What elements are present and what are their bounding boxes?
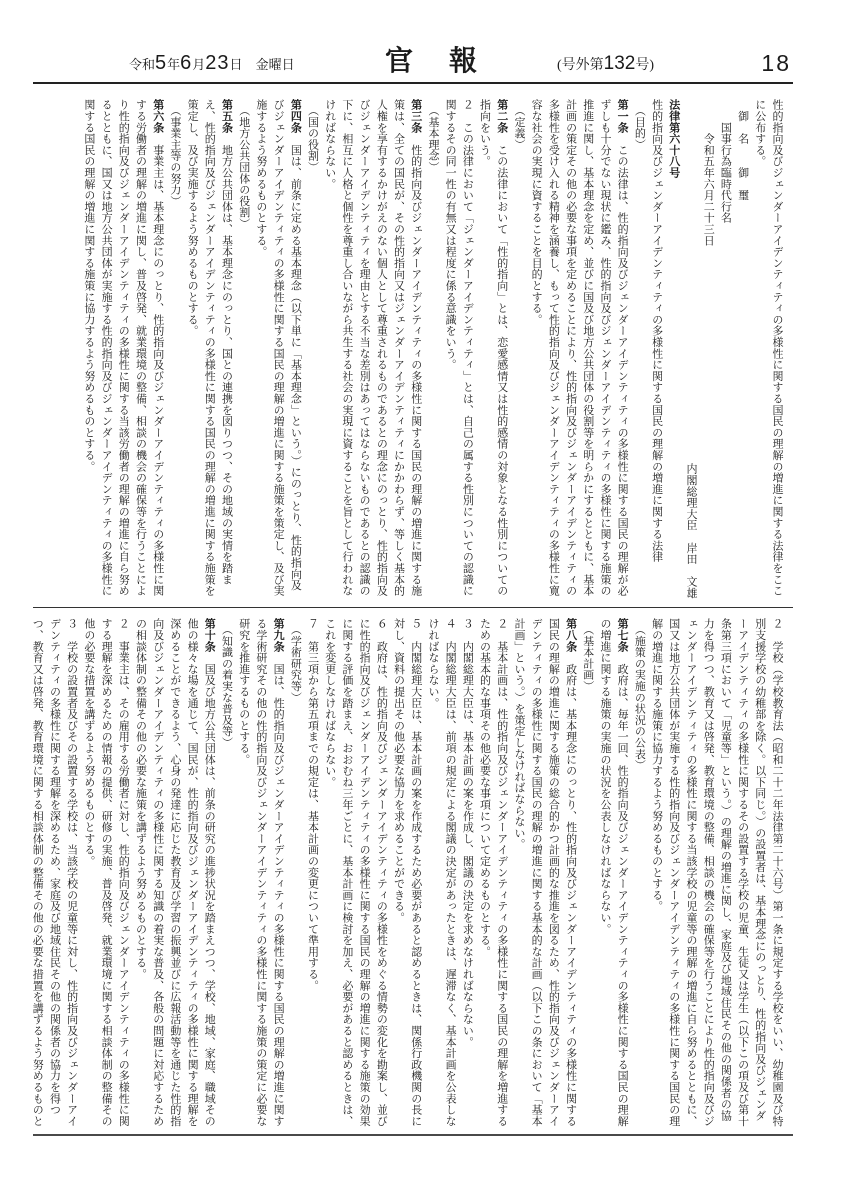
article-8-paragraph-1: 第八条 政府は、基本理念にのっとり、性的指向及びジェンダーアイデンティティの多様… [510,618,579,1131]
masthead-char-kan: 官 [385,39,413,79]
article-number-label: 第五条 [221,99,233,133]
article-8-paragraph-7: ７ 第三項から第五項までの規定は、基本計画の変更について準用する。 [303,618,320,1131]
article-number-label: 第七条 [616,618,628,652]
article-number-label: 第六条 [152,99,164,133]
band-divider-rule [33,607,793,608]
gazette-page: 令和5年6月23日金曜日 官 報 (号外第132号) 18 性的指向及びジェンダ… [0,0,848,1200]
article-6-paragraph-2: ２ 学校（学校教育法（昭和二十二年法律第二十六号）第一条に規定する学校をいい、幼… [647,618,785,1131]
article-number-label: 第九条 [272,618,284,652]
heading-academic-research: （学術研究等） [286,618,303,1131]
promulgation-sentence: 性的指向及びジェンダーアイデンティティの多様性に関する国民の理解の増進に関する法… [751,99,785,599]
article-8-paragraph-5: ５ 内閣総理大臣は、基本計画の案を作成するため必要があると認めるときは、関係行政… [389,618,423,1131]
gazette-sheet: 令和5年6月23日金曜日 官 報 (号外第132号) 18 性的指向及びジェンダ… [33,0,793,1136]
heading-basic-principles: （基本理念） [424,99,441,599]
date-weekday: 金曜日 [256,57,295,72]
law-text-lower-band: ２ 学校（学校教育法（昭和二十二年法律第二十六号）第一条に規定する学校をいい、幼… [33,618,793,1131]
article-1: 第一条 この法律は、性的指向及びジェンダーアイデンティティの多様性に関する国民の… [527,99,630,599]
issue-date: 令和5年6月23日金曜日 [129,52,295,75]
acting-official-line: 国事行為臨時代行名 [716,99,733,599]
article-6-paragraph-1: 第六条 事業主は、基本理念にのっとり、性的指向及びジェンダーアイデンティティの多… [80,99,166,599]
heading-steady-dissemination-of-knowledge: （知識の着実な普及等） [217,618,234,1131]
article-7: 第七条 政府は、毎年一回、性的指向及びジェンダーアイデンティティの多様性に関する… [596,618,630,1131]
page-header: 令和5年6月23日金曜日 官 報 (号外第132号) 18 [33,0,793,84]
issue-digits: 132 [604,53,636,74]
date-day: 23 [205,52,229,74]
law-number: 法律第六十八号 [665,99,682,599]
heading-efforts-of-employers: （事業主等の努力） [166,99,183,599]
heading-publication-of-implementation: （施策の実施の状況の公表） [630,618,647,1131]
article-2-paragraph-1: 第二条 この法律において「性的指向」とは、恋愛感情又は性的感情の対象となる性別に… [475,99,509,599]
article-number-label: 第四条 [289,99,301,133]
article-10-paragraph-2: ２ 事業主は、その雇用する労働者に対し、性的指向及びジェンダーアイデンティティの… [80,618,132,1131]
law-title: 性的指向及びジェンダーアイデンティティの多様性に関する国民の理解の増進に関する法… [647,99,664,599]
article-8-paragraph-4: ４ 内閣総理大臣は、前項の規定による閣議の決定があったときは、遅滞なく、基本計画… [424,618,458,1131]
issue-prefix: (号外第 [557,58,604,73]
article-number-label: 第十条 [203,618,215,652]
article-8-paragraph-3: ３ 内閣総理大臣は、基本計画の案を作成し、閣議の決定を求めなければならない。 [458,618,475,1131]
heading-basic-plan: （基本計画） [579,618,596,1131]
issue-number: (号外第132号) [557,53,654,75]
article-number-label: 第八条 [565,618,577,652]
article-number-label: 第二条 [496,99,508,133]
promulgation-date: 令和五年六月二十三日 [699,99,716,599]
article-4: 第四条 国は、前条に定める基本理念（以下単に「基本理念」という。）にのっとり、性… [252,99,304,599]
issue-suffix: 号) [635,58,654,73]
date-month-unit: 月 [192,57,205,72]
heading-role-of-state: （国の役割） [303,99,320,599]
article-10-paragraph-3: ３ 学校の設置者及びその設置する学校は、当該学校の児童等に対し、性的指向及びジェ… [33,618,80,1131]
imperial-sign-and-seal: 御 名 御 璽 [733,99,750,599]
article-8-paragraph-2: ２ 基本計画は、性的指向及びジェンダーアイデンティティの多様性に関する国民の理解… [475,618,509,1131]
article-number-label: 第一条 [616,99,628,133]
article-8-paragraph-6: ６ 政府は、性的指向及びジェンダーアイデンティティの多様性をめぐる情勢の変化を勘… [321,618,390,1131]
article-5: 第五条 地方公共団体は、基本理念にのっとり、国との連携を図りつつ、その地域の実情… [183,99,235,599]
article-9: 第九条 国は、性的指向及びジェンダーアイデンティティの多様性に関する国民の理解の… [235,618,287,1131]
page-bottom-rule [33,1134,793,1136]
masthead-title: 官 報 [385,39,477,79]
article-number-label: 第三条 [410,99,422,133]
masthead-char-pou: 報 [449,39,477,79]
article-2-paragraph-2: ２ この法律において「ジェンダーアイデンティティ」とは、自己の属する性別について… [441,99,475,599]
law-text-upper-band: 性的指向及びジェンダーアイデンティティの多様性に関する国民の理解の増進に関する法… [33,99,793,599]
minister-signature: 内閣総理大臣 岸田 文雄 [682,99,699,599]
date-era: 令和 [129,57,155,72]
date-day-unit: 日 [230,57,243,72]
article-number-label: 法律第六十八号 [668,99,680,178]
date-month: 6 [180,52,192,74]
date-year: 5 [155,52,167,74]
heading-purpose: （目的） [630,99,647,599]
article-10-paragraph-1: 第十条 国及び地方公共団体は、前条の研究の進捗状況を踏まえつつ、学校、地域、家庭… [131,618,217,1131]
article-3: 第三条 性的指向及びジェンダーアイデンティティの多様性に関する国民の理解の増進に… [321,99,424,599]
heading-definitions: （定義） [510,99,527,599]
heading-role-of-local-governments: （地方公共団体の役割） [235,99,252,599]
page-number: 18 [761,50,791,77]
date-year-unit: 年 [167,57,180,72]
